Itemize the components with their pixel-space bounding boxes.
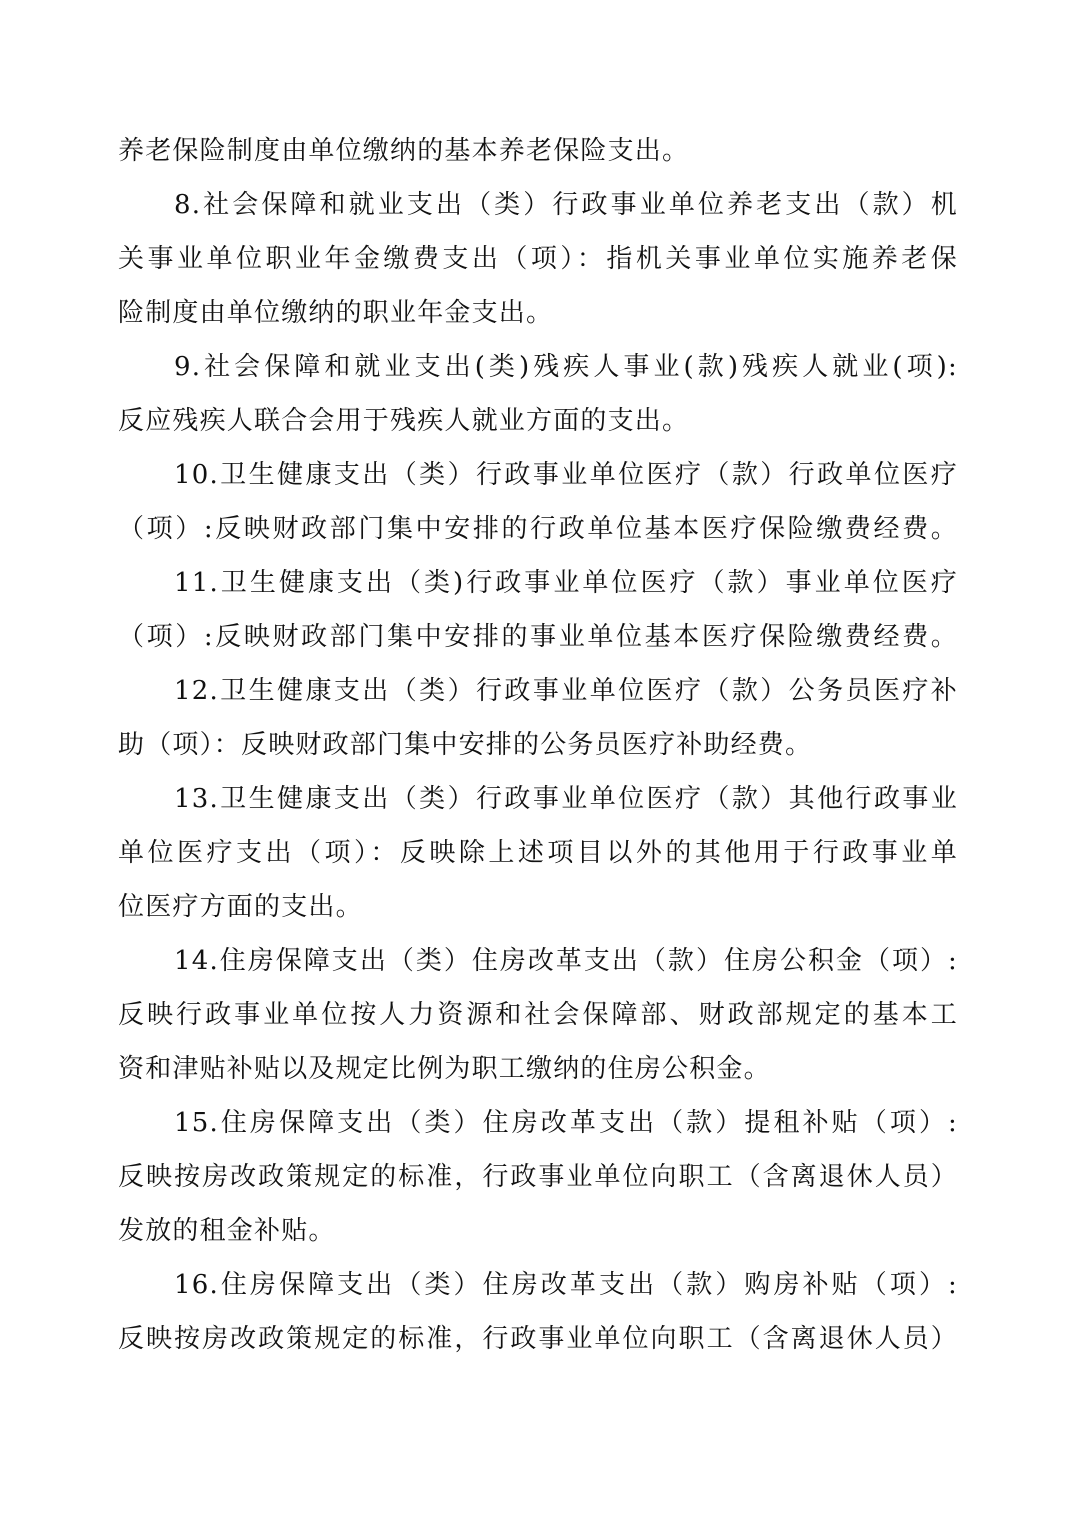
paragraph-item-8: 8.社会保障和就业支出（类）行政事业单位养老支出（款）机 关事业单位职业年金缴费… <box>118 178 958 340</box>
text-line: 关事业单位职业年金缴费支出（项）：指机关事业单位实施养老保 <box>118 232 958 286</box>
paragraph-item-10: 10.卫生健康支出（类）行政事业单位医疗（款）行政单位医疗 （项）:反映财政部门… <box>118 448 958 556</box>
text-line: 养老保险制度由单位缴纳的基本养老保险支出。 <box>118 124 958 178</box>
text-line: （项）:反映财政部门集中安排的事业单位基本医疗保险缴费经费。 <box>118 610 958 664</box>
paragraph-item-7-continuation: 养老保险制度由单位缴纳的基本养老保险支出。 <box>118 124 958 178</box>
paragraph-item-11: 11.卫生健康支出（类)行政事业单位医疗（款）事业单位医疗 （项）:反映财政部门… <box>118 556 958 664</box>
text-line: 反映行政事业单位按人力资源和社会保障部、财政部规定的基本工 <box>118 988 958 1042</box>
text-line: 10.卫生健康支出（类）行政事业单位医疗（款）行政单位医疗 <box>118 448 958 502</box>
text-line: 16.住房保障支出（类）住房改革支出（款）购房补贴（项）: <box>118 1258 958 1312</box>
paragraph-item-12: 12.卫生健康支出（类）行政事业单位医疗（款）公务员医疗补 助（项）：反映财政部… <box>118 664 958 772</box>
paragraph-item-13: 13.卫生健康支出（类）行政事业单位医疗（款）其他行政事业 单位医疗支出（项）：… <box>118 772 958 934</box>
text-line: 发放的租金补贴。 <box>118 1204 958 1258</box>
text-line: 14.住房保障支出（类）住房改革支出（款）住房公积金（项）: <box>118 934 958 988</box>
text-line: 助（项）：反映财政部门集中安排的公务员医疗补助经费。 <box>118 718 958 772</box>
paragraph-item-16: 16.住房保障支出（类）住房改革支出（款）购房补贴（项）: 反映按房改政策规定的… <box>118 1258 958 1366</box>
text-line: 险制度由单位缴纳的职业年金支出。 <box>118 286 958 340</box>
paragraph-item-14: 14.住房保障支出（类）住房改革支出（款）住房公积金（项）: 反映行政事业单位按… <box>118 934 958 1096</box>
document-page: 养老保险制度由单位缴纳的基本养老保险支出。 8.社会保障和就业支出（类）行政事业… <box>118 124 958 1366</box>
text-line: 反应残疾人联合会用于残疾人就业方面的支出。 <box>118 394 958 448</box>
text-line: 反映按房改政策规定的标准，行政事业单位向职工（含离退休人员） <box>118 1312 958 1366</box>
text-line: 反映按房改政策规定的标准，行政事业单位向职工（含离退休人员） <box>118 1150 958 1204</box>
text-line: 15.住房保障支出（类）住房改革支出（款）提租补贴（项）: <box>118 1096 958 1150</box>
text-line: 位医疗方面的支出。 <box>118 880 958 934</box>
text-line: 11.卫生健康支出（类)行政事业单位医疗（款）事业单位医疗 <box>118 556 958 610</box>
paragraph-item-15: 15.住房保障支出（类）住房改革支出（款）提租补贴（项）: 反映按房改政策规定的… <box>118 1096 958 1258</box>
text-line: 9.社会保障和就业支出(类)残疾人事业(款)残疾人就业(项): <box>118 340 958 394</box>
paragraph-item-9: 9.社会保障和就业支出(类)残疾人事业(款)残疾人就业(项): 反应残疾人联合会… <box>118 340 958 448</box>
text-line: 单位医疗支出（项）：反映除上述项目以外的其他用于行政事业单 <box>118 826 958 880</box>
text-line: （项）:反映财政部门集中安排的行政单位基本医疗保险缴费经费。 <box>118 502 958 556</box>
text-line: 12.卫生健康支出（类）行政事业单位医疗（款）公务员医疗补 <box>118 664 958 718</box>
text-line: 13.卫生健康支出（类）行政事业单位医疗（款）其他行政事业 <box>118 772 958 826</box>
text-line: 8.社会保障和就业支出（类）行政事业单位养老支出（款）机 <box>118 178 958 232</box>
text-line: 资和津贴补贴以及规定比例为职工缴纳的住房公积金。 <box>118 1042 958 1096</box>
